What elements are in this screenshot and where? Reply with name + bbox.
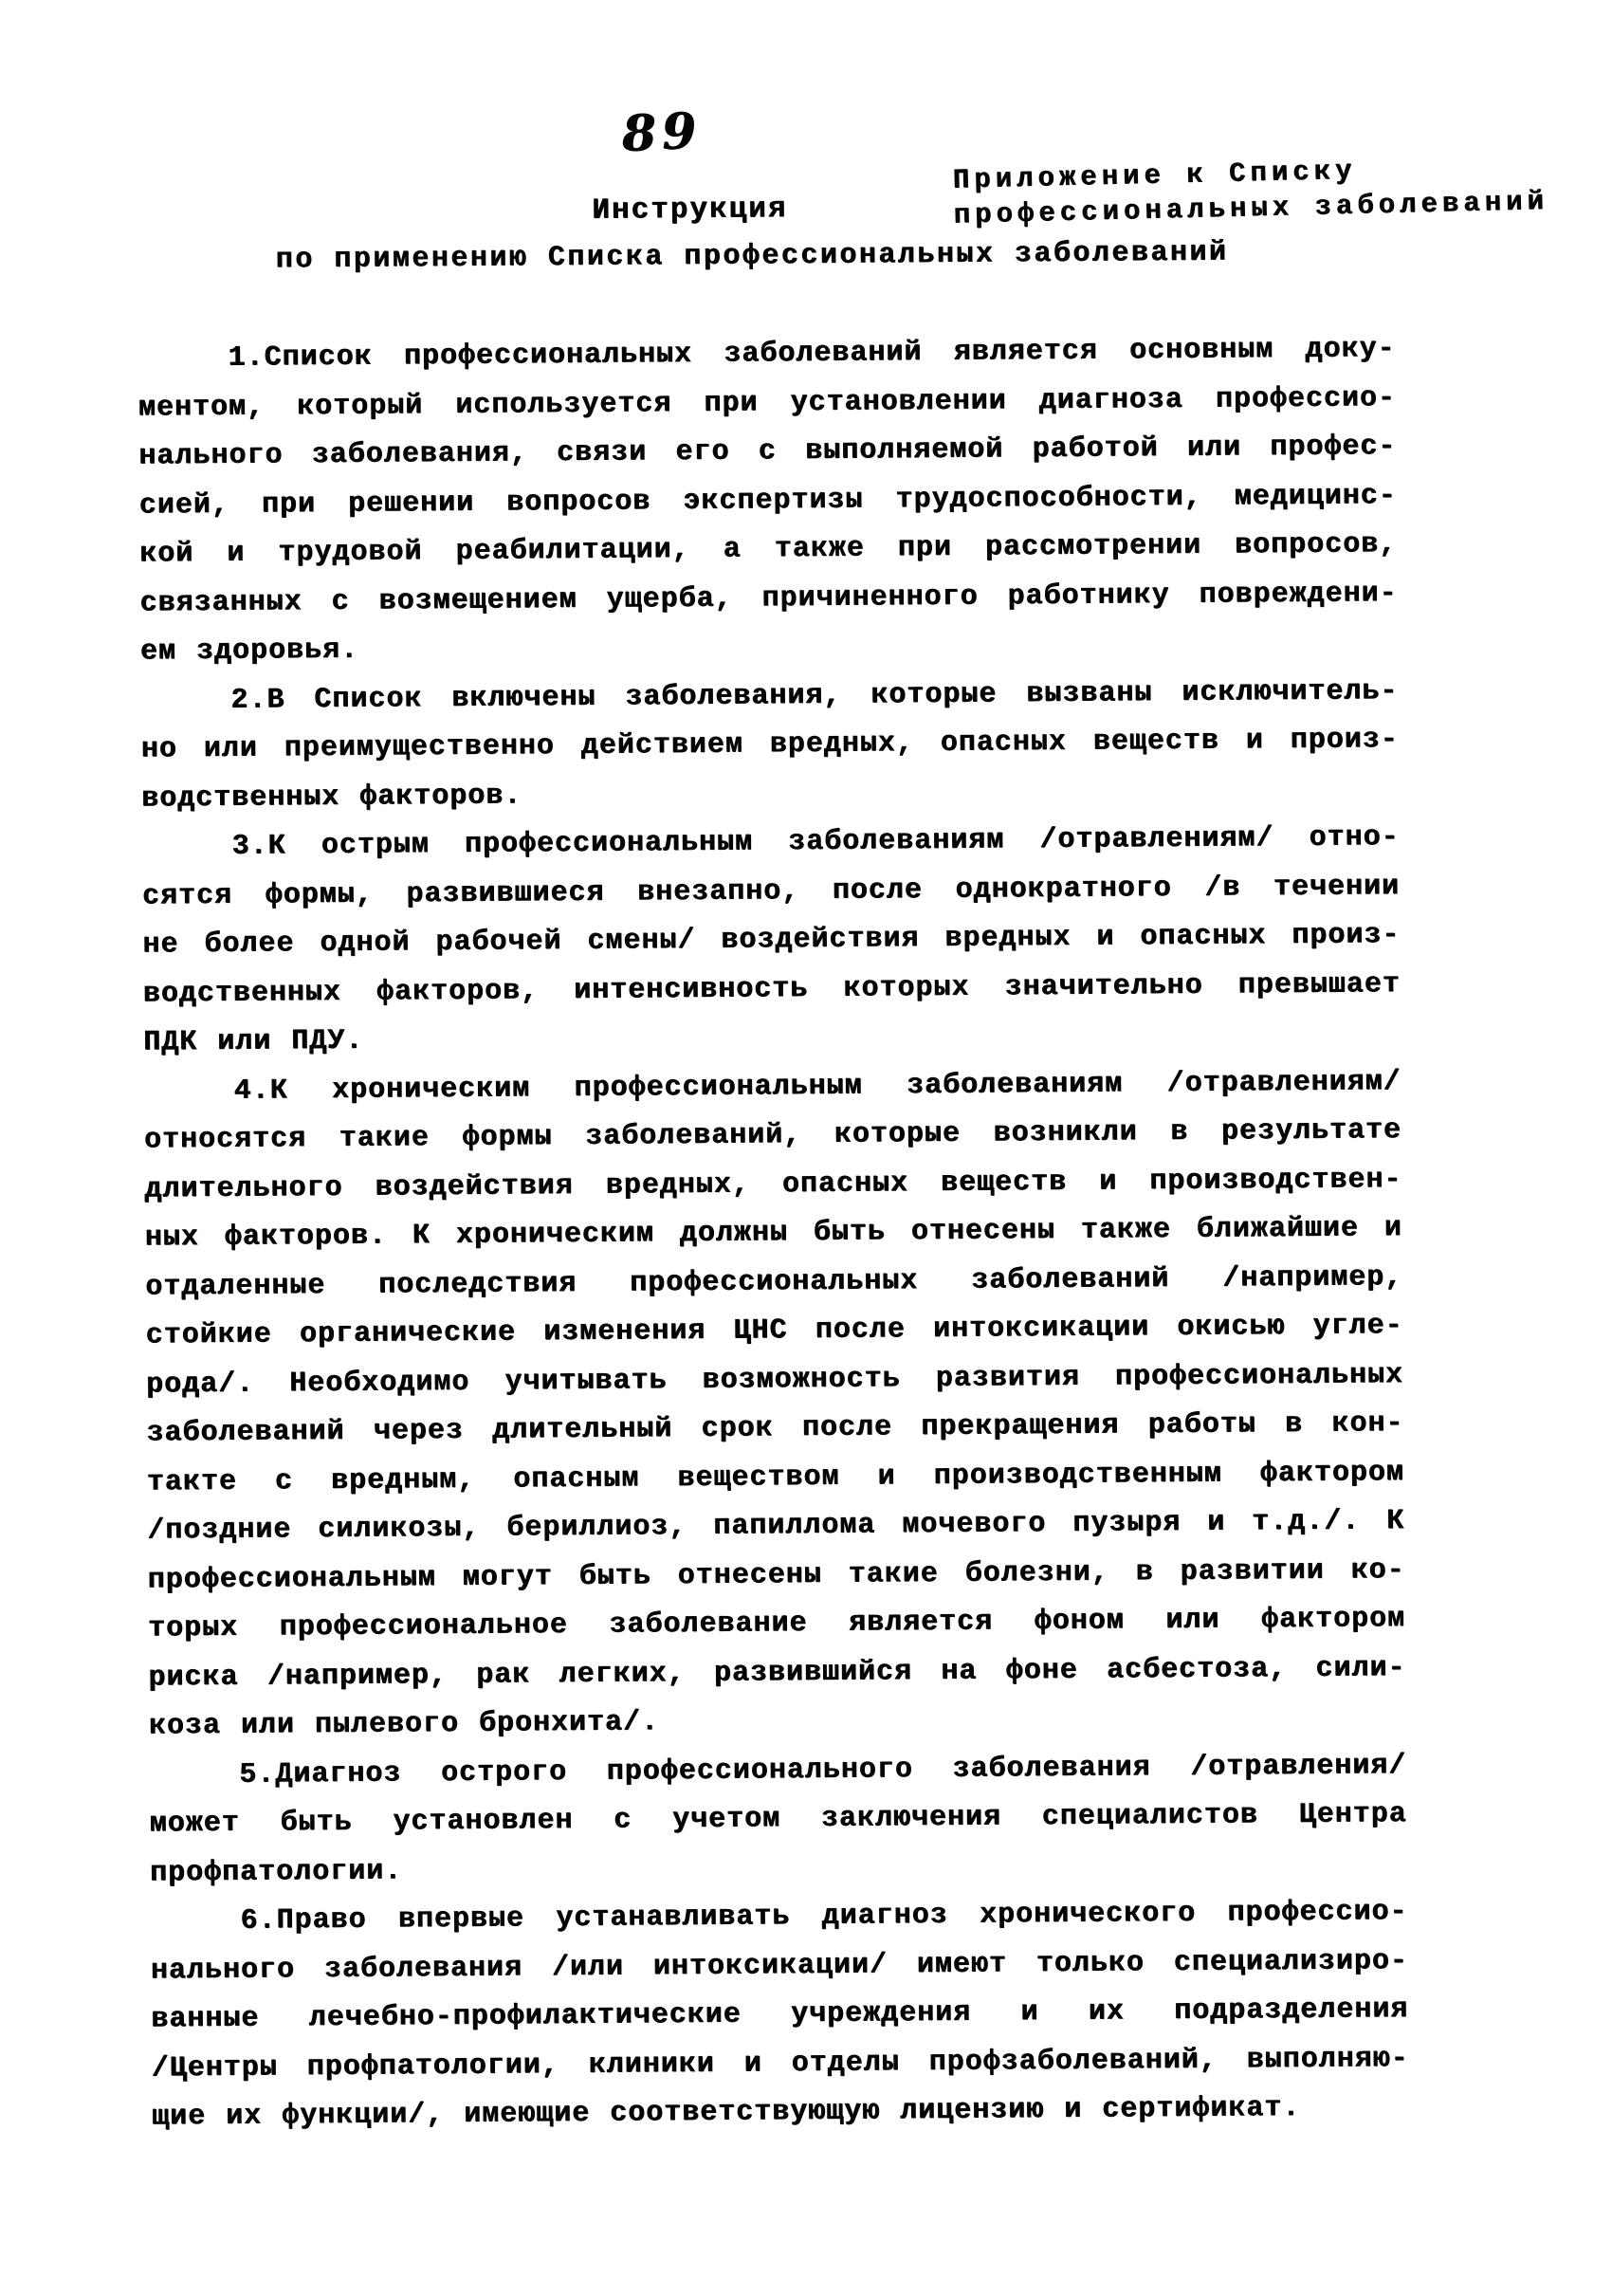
scanned-document-page: 89 Приложение к Списку профессиональных … (0, 0, 1612, 2296)
paragraph: 5.Диагноз острого профессионального забо… (149, 1742, 1407, 1899)
annex-note: Приложение к Списку профессиональных заб… (952, 149, 1548, 233)
paragraph: 6.Право впервые устанавливать диагноз хр… (150, 1888, 1409, 2142)
scan-content: 89 Приложение к Списку профессиональных … (0, 0, 1612, 2296)
paragraph: 2.В Список включены заболевания, которые… (140, 668, 1399, 824)
paragraph-line: водственных факторов, интенсивность кото… (143, 961, 1401, 1019)
paragraph-line: риска /например, рак легких, развившийся… (148, 1644, 1405, 1703)
paragraph-line: может быть установлен с учетом заключени… (149, 1791, 1406, 1849)
document-title: Инструкция (592, 193, 787, 228)
document-subtitle: по применению Списка профессиональных за… (275, 236, 1228, 276)
paragraph-line: связанных с возмещением ущерба, причинен… (139, 570, 1397, 629)
paragraph: 1.Список профессиональных заболеваний яв… (137, 325, 1398, 677)
paragraph-line: но или преимущественно действием вредных… (140, 716, 1398, 775)
paragraph: 3.К острым профессиональным заболеваниям… (141, 814, 1401, 1068)
paragraph-line: щие их функции/, имеющие соответствующую… (152, 2084, 1409, 2142)
handwritten-page-number: 89 (620, 101, 703, 163)
paragraph: 4.К хроническим профессиональным заболев… (143, 1058, 1406, 1752)
document-body: 1.Список профессиональных заболеваний яв… (137, 325, 1409, 2142)
